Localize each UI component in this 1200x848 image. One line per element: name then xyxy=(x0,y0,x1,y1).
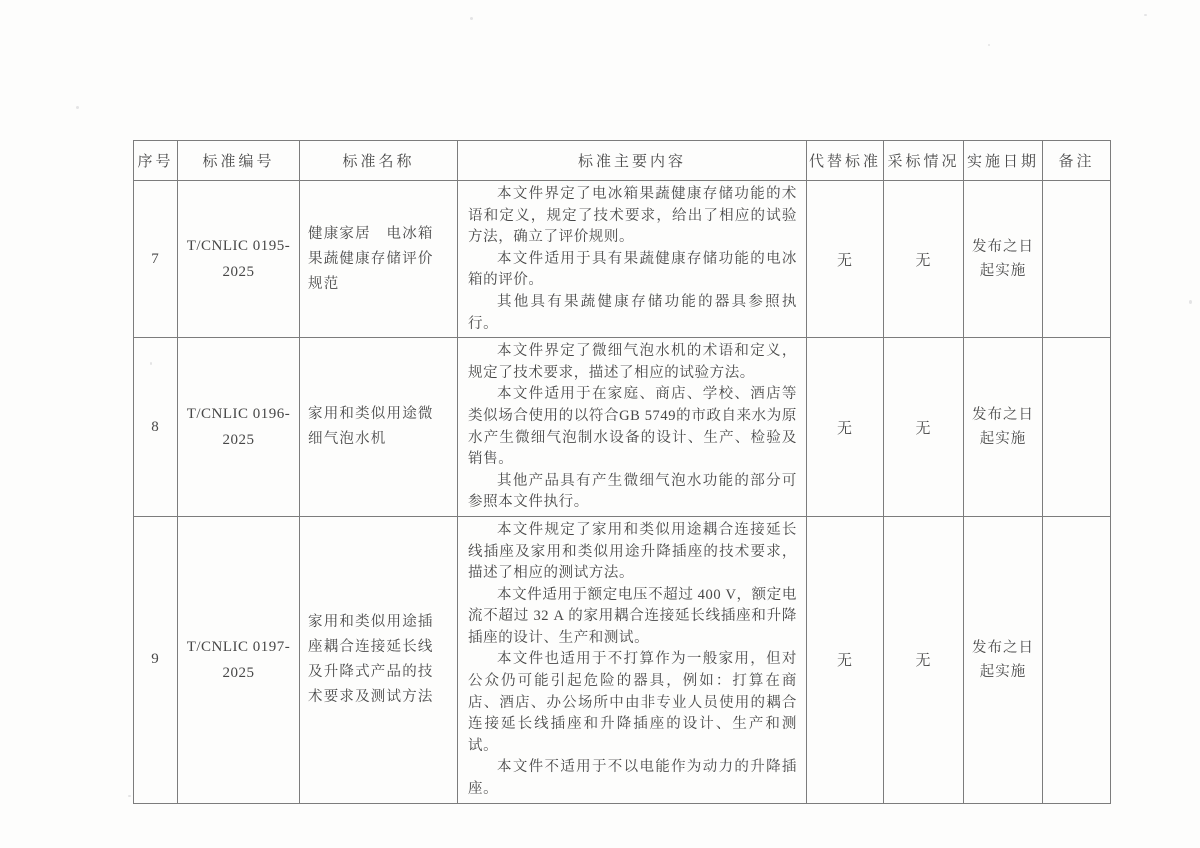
header-main-content: 标准主要内容 xyxy=(458,141,807,181)
cell-remark xyxy=(1043,338,1111,517)
standard-code-line2: 2025 xyxy=(223,432,255,448)
table-header-row: 序号 标准编号 标准名称 标准主要内容 代替标准 采标情况 实施日期 备注 xyxy=(134,141,1111,181)
cell-standard-name: 健康家居 电冰箱果蔬健康存储评价规范 xyxy=(300,181,458,338)
table-row: 8 T/CNLIC 0196- 2025 家用和类似用途微细气泡水机 本文件界定… xyxy=(134,338,1111,517)
header-standard-code: 标准编号 xyxy=(178,141,300,181)
cell-standard-code: T/CNLIC 0196- 2025 xyxy=(178,338,300,517)
header-implementation-date: 实施日期 xyxy=(964,141,1043,181)
content-paragraph: 本文件适用于在家庭、商店、学校、酒店等类似场合使用的以符合GB 5749的市政自… xyxy=(468,384,797,470)
scan-speck xyxy=(76,106,79,109)
content-paragraph: 本文件界定了微细气泡水机的术语和定义，规定了技术要求，描述了相应的试验方法。 xyxy=(468,341,797,384)
standard-code-line1: T/CNLIC 0196- xyxy=(187,406,291,422)
standard-code-line2: 2025 xyxy=(223,264,255,280)
cell-adoption-status: 无 xyxy=(884,338,964,517)
content-paragraph: 本文件也适用于不打算作为一般家用，但对公众仍可能引起危险的器具，例如：打算在商店… xyxy=(468,649,797,757)
cell-remark xyxy=(1043,516,1111,803)
content-paragraph: 本文件规定了家用和类似用途耦合连接延长线插座及家用和类似用途升降插座的技术要求，… xyxy=(468,520,797,585)
table-row: 7 T/CNLIC 0195- 2025 健康家居 电冰箱果蔬健康存储评价规范 … xyxy=(134,181,1111,338)
header-standard-name: 标准名称 xyxy=(300,141,458,181)
standard-code-line1: T/CNLIC 0197- xyxy=(187,639,291,655)
content-paragraph: 其他产品具有产生微细气泡水功能的部分可参照本文件执行。 xyxy=(468,471,797,514)
cell-standard-code: T/CNLIC 0195- 2025 xyxy=(178,181,300,338)
scan-speck xyxy=(1144,14,1147,16)
cell-replaced-standard: 无 xyxy=(807,181,884,338)
standard-code-line1: T/CNLIC 0195- xyxy=(187,238,291,254)
cell-implementation-date: 发布之日起实施 xyxy=(964,338,1043,517)
cell-implementation-date: 发布之日起实施 xyxy=(964,516,1043,803)
cell-seq: 7 xyxy=(134,181,178,338)
header-adoption-status: 采标情况 xyxy=(884,141,964,181)
cell-replaced-standard: 无 xyxy=(807,338,884,517)
scan-speck xyxy=(128,795,131,797)
cell-implementation-date: 发布之日起实施 xyxy=(964,181,1043,338)
cell-seq: 8 xyxy=(134,338,178,517)
scan-speck xyxy=(470,17,473,20)
cell-remark xyxy=(1043,181,1111,338)
table-row: 9 T/CNLIC 0197- 2025 家用和类似用途插座耦合连接延长线及升降… xyxy=(134,516,1111,803)
standard-code-line2: 2025 xyxy=(223,665,255,681)
header-remark: 备注 xyxy=(1043,141,1111,181)
content-paragraph: 本文件不适用于不以电能作为动力的升降插座。 xyxy=(468,757,797,800)
cell-standard-code: T/CNLIC 0197- 2025 xyxy=(178,516,300,803)
header-replaced-standard: 代替标准 xyxy=(807,141,884,181)
cell-replaced-standard: 无 xyxy=(807,516,884,803)
cell-main-content: 本文件界定了电冰箱果蔬健康存储功能的术语和定义，规定了技术要求，给出了相应的试验… xyxy=(458,181,807,338)
cell-standard-name: 家用和类似用途微细气泡水机 xyxy=(300,338,458,517)
scan-speck xyxy=(1189,300,1192,304)
cell-standard-name: 家用和类似用途插座耦合连接延长线及升降式产品的技术要求及测试方法 xyxy=(300,516,458,803)
content-paragraph: 本文件适用于额定电压不超过 400 V，额定电流不超过 32 A 的家用耦合连接… xyxy=(468,585,797,650)
header-seq: 序号 xyxy=(134,141,178,181)
content-paragraph: 本文件界定了电冰箱果蔬健康存储功能的术语和定义，规定了技术要求，给出了相应的试验… xyxy=(468,184,797,249)
content-paragraph: 本文件适用于具有果蔬健康存储功能的电冰箱的评价。 xyxy=(468,249,797,292)
scanned-document-page: 序号 标准编号 标准名称 标准主要内容 代替标准 采标情况 实施日期 备注 7 … xyxy=(0,0,1200,848)
cell-adoption-status: 无 xyxy=(884,181,964,338)
cell-seq: 9 xyxy=(134,516,178,803)
standards-table: 序号 标准编号 标准名称 标准主要内容 代替标准 采标情况 实施日期 备注 7 … xyxy=(133,140,1111,804)
content-paragraph: 其他具有果蔬健康存储功能的器具参照执行。 xyxy=(468,292,797,335)
cell-adoption-status: 无 xyxy=(884,516,964,803)
cell-main-content: 本文件规定了家用和类似用途耦合连接延长线插座及家用和类似用途升降插座的技术要求，… xyxy=(458,516,807,803)
cell-main-content: 本文件界定了微细气泡水机的术语和定义，规定了技术要求，描述了相应的试验方法。 本… xyxy=(458,338,807,517)
scan-speck xyxy=(988,44,990,46)
